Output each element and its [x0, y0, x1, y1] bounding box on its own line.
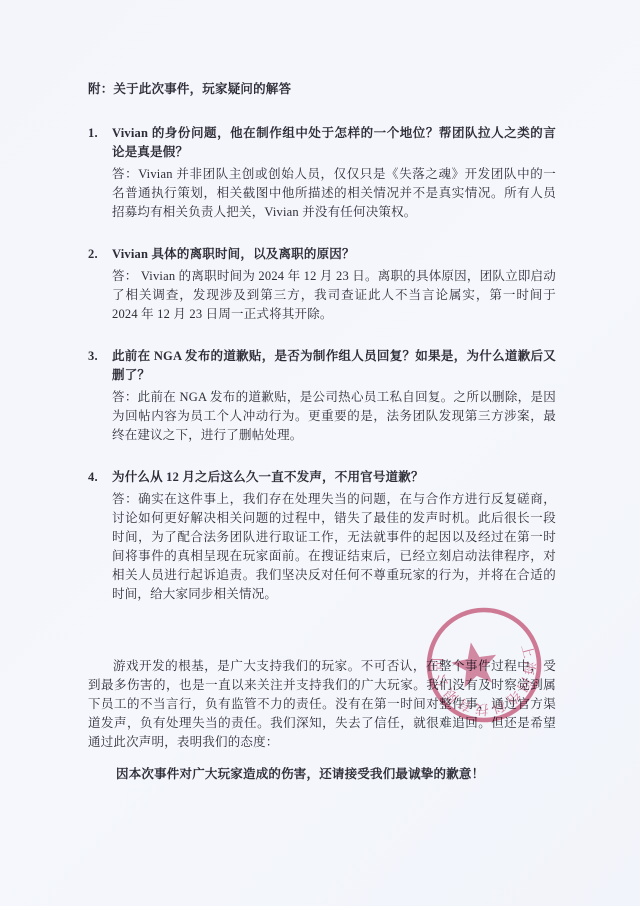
qa-item-2: 2. Vivian 具体的离职时间，以及离职的原因？ 答： Vivian 的离职…	[88, 245, 556, 324]
question-text: Vivian 的身份问题，他在制作组中处于怎样的一个地位？帮团队拉人之类的言论是…	[112, 124, 556, 162]
question-number: 3.	[88, 347, 112, 385]
answer-text: 答：Vivian 并非团队主创或创始人员，仅仅只是《失落之魂》开发团队中的一名普…	[112, 165, 556, 222]
question-text: 为什么从 12 月之后这么久一直不发声，不用官号道歉？	[112, 468, 556, 487]
question-row: 2. Vivian 具体的离职时间，以及离职的原因？	[88, 245, 556, 264]
question-text: 此前在 NGA 发布的道歉贴，是否为制作组人员回复？如果是，为什么道歉后又删了？	[112, 347, 556, 385]
qa-item-1: 1. Vivian 的身份问题，他在制作组中处于怎样的一个地位？帮团队拉人之类的…	[88, 124, 556, 222]
question-row: 1. Vivian 的身份问题，他在制作组中处于怎样的一个地位？帮团队拉人之类的…	[88, 124, 556, 162]
attachment-title: 附：关于此次事件，玩家疑问的解答	[88, 80, 556, 99]
question-text: Vivian 具体的离职时间，以及离职的原因？	[112, 245, 556, 264]
apology-line: 因本次事件对广大玩家造成的伤害，还请接受我们最诚挚的歉意！	[116, 765, 556, 784]
question-number: 1.	[88, 124, 112, 162]
answer-text: 答：确实在这件事上，我们存在处理失当的问题，在与合作方进行反复磋商，讨论如何更好…	[112, 490, 556, 604]
qa-item-4: 4. 为什么从 12 月之后这么久一直不发声，不用官号道歉？ 答：确实在这件事上…	[88, 468, 556, 604]
answer-text: 答：此前在 NGA 发布的道歉贴，是公司热心员工私自回复。之所以删除，是因为回帖…	[112, 388, 556, 445]
document-content: 附：关于此次事件，玩家疑问的解答 1. Vivian 的身份问题，他在制作组中处…	[88, 80, 556, 784]
document-page: 附：关于此次事件，玩家疑问的解答 1. Vivian 的身份问题，他在制作组中处…	[0, 0, 640, 906]
question-row: 4. 为什么从 12 月之后这么久一直不发声，不用官号道歉？	[88, 468, 556, 487]
question-number: 2.	[88, 245, 112, 264]
question-number: 4.	[88, 468, 112, 487]
qa-item-3: 3. 此前在 NGA 发布的道歉贴，是否为制作组人员回复？如果是，为什么道歉后又…	[88, 347, 556, 445]
question-row: 3. 此前在 NGA 发布的道歉贴，是否为制作组人员回复？如果是，为什么道歉后又…	[88, 347, 556, 385]
answer-text: 答： Vivian 的离职时间为 2024 年 12 月 23 日。离职的具体原…	[112, 267, 556, 324]
closing-paragraph: 游戏开发的根基，是广大支持我们的玩家。不可否认，在整个事件过程中，受到最多伤害的…	[88, 657, 556, 752]
